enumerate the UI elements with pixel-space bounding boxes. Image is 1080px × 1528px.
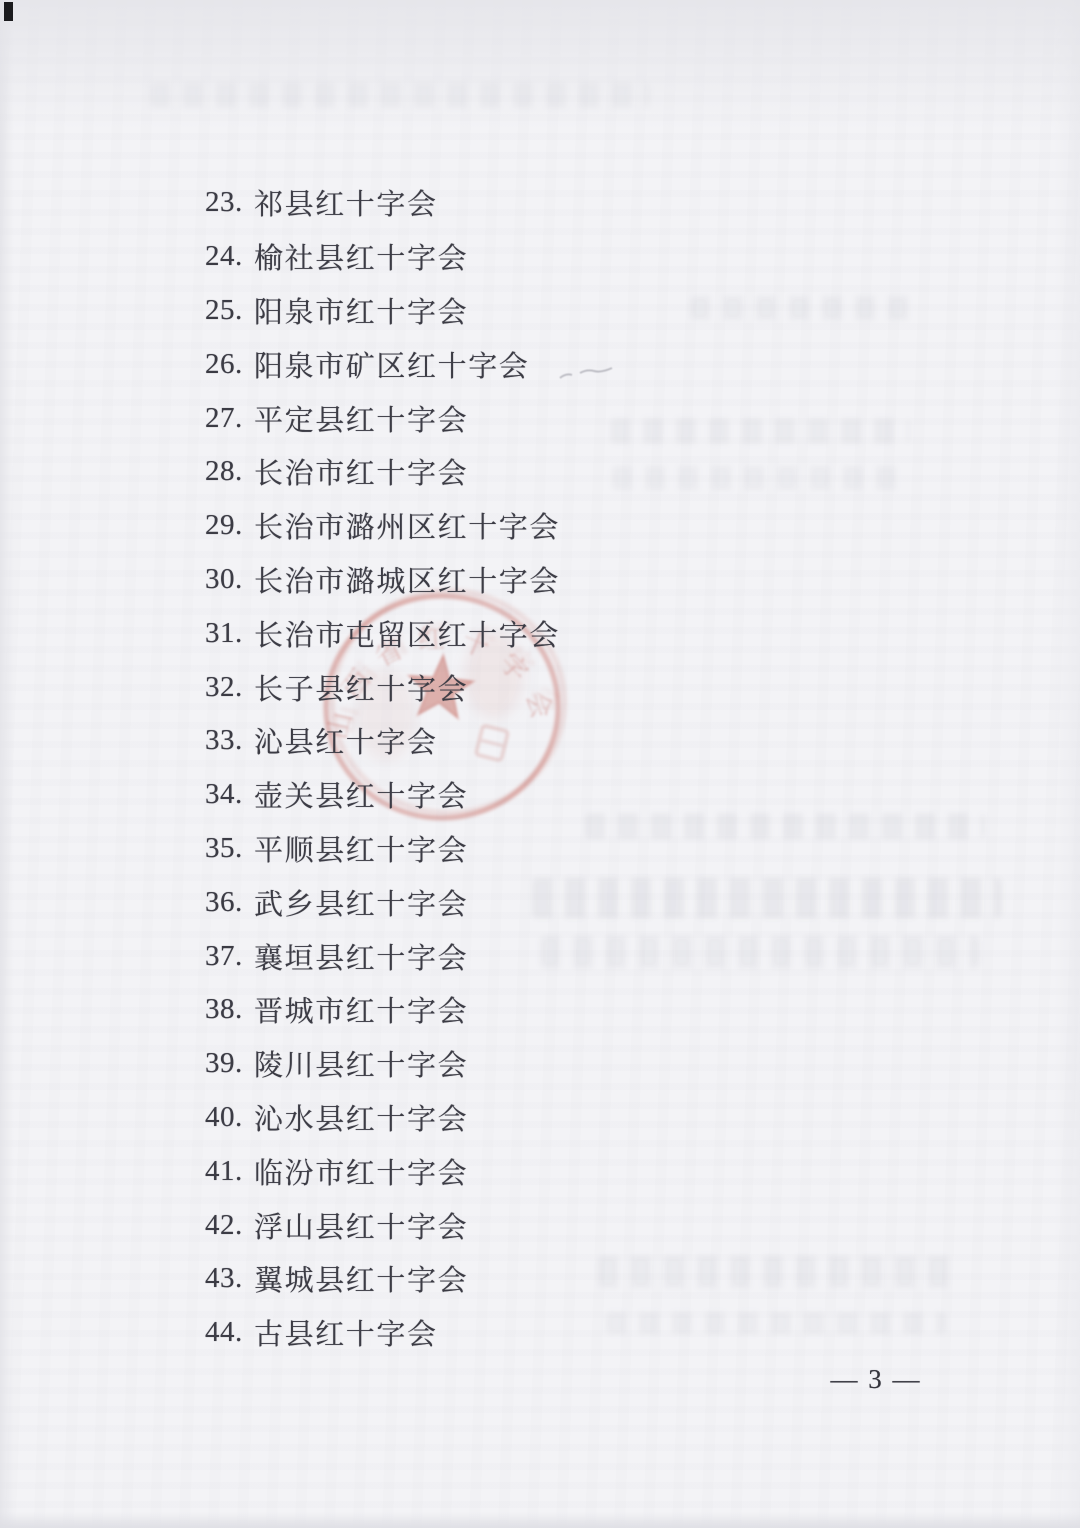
item-number: 33. — [205, 724, 254, 757]
bleedthrough-smudge — [540, 936, 980, 968]
bleedthrough-smudge — [532, 878, 1002, 918]
list-item: 32. 长子县红十字会 — [205, 660, 560, 714]
list-item: 24. 榆社县红十字会 — [205, 230, 560, 284]
item-number: 40. — [205, 1101, 254, 1134]
list-item: 31. 长治市屯留区红十字会 — [205, 606, 560, 660]
item-name: 榆社县红十字会 — [254, 236, 468, 277]
bleedthrough-smudge — [585, 813, 985, 839]
list-item: 36. 武乡县红十字会 — [205, 875, 560, 929]
red-cross-society-list: 23. 祁县红十字会 24. 榆社县红十字会 25. 阳泉市红十字会 26. 阳… — [205, 176, 560, 1360]
list-item: 29. 长治市潞州区红十字会 — [205, 499, 560, 553]
page-number: — 3 — — [806, 1364, 946, 1395]
bleedthrough-smudge — [690, 296, 910, 320]
item-name: 平定县红十字会 — [254, 398, 468, 439]
bleedthrough-smudge — [606, 1312, 946, 1334]
item-name: 襄垣县红十字会 — [254, 936, 468, 977]
item-name: 长治市屯留区红十字会 — [254, 613, 560, 654]
item-number: 28. — [205, 455, 254, 488]
item-number: 35. — [205, 832, 254, 865]
item-number: 29. — [205, 509, 254, 542]
scanned-document-page: 23. 祁县红十字会 24. 榆社县红十字会 25. 阳泉市红十字会 26. 阳… — [0, 0, 1080, 1528]
item-number: 27. — [205, 402, 254, 435]
item-number: 44. — [205, 1316, 254, 1349]
item-name: 祁县红十字会 — [254, 182, 438, 223]
item-name: 临汾市红十字会 — [254, 1151, 468, 1192]
list-item: 39. 陵川县红十字会 — [205, 1037, 560, 1091]
list-item: 34. 壶关县红十字会 — [205, 768, 560, 822]
list-item: 30. 长治市潞城区红十字会 — [205, 553, 560, 607]
list-item: 28. 长治市红十字会 — [205, 445, 560, 499]
list-item: 42. 浮山县红十字会 — [205, 1198, 560, 1252]
item-name: 阳泉市矿区红十字会 — [254, 344, 529, 385]
item-name: 古县红十字会 — [254, 1312, 438, 1353]
item-number: 31. — [205, 617, 254, 650]
bleedthrough-smudge — [598, 1256, 958, 1288]
scan-corner-mark — [4, 2, 13, 21]
item-name: 长治市潞州区红十字会 — [254, 505, 560, 546]
list-item: 44. 古县红十字会 — [205, 1306, 560, 1360]
item-number: 25. — [205, 294, 254, 327]
list-item: 38. 晋城市红十字会 — [205, 983, 560, 1037]
list-item: 27. 平定县红十字会 — [205, 391, 560, 445]
item-name: 浮山县红十字会 — [254, 1205, 468, 1246]
item-number: 39. — [205, 1047, 254, 1080]
list-item: 43. 翼城县红十字会 — [205, 1252, 560, 1306]
list-item: 41. 临汾市红十字会 — [205, 1144, 560, 1198]
item-number: 43. — [205, 1262, 254, 1295]
item-number: 41. — [205, 1155, 254, 1188]
list-item: 40. 沁水县红十字会 — [205, 1091, 560, 1145]
item-number: 34. — [205, 778, 254, 811]
list-item: 37. 襄垣县红十字会 — [205, 929, 560, 983]
item-name: 长治市红十字会 — [254, 451, 468, 492]
item-name: 沁县红十字会 — [254, 720, 438, 761]
item-name: 壶关县红十字会 — [254, 774, 468, 815]
item-name: 沁水县红十字会 — [254, 1097, 468, 1138]
item-name: 平顺县红十字会 — [254, 828, 468, 869]
list-item: 35. 平顺县红十字会 — [205, 822, 560, 876]
bleedthrough-smudge — [150, 82, 650, 108]
item-number: 23. — [205, 186, 254, 219]
list-item: 33. 沁县红十字会 — [205, 714, 560, 768]
item-number: 42. — [205, 1209, 254, 1242]
item-name: 武乡县红十字会 — [254, 882, 468, 923]
item-name: 长子县红十字会 — [254, 667, 468, 708]
item-number: 38. — [205, 993, 254, 1026]
bleedthrough-smudge — [610, 418, 910, 444]
item-name: 陵川县红十字会 — [254, 1043, 468, 1084]
item-number: 36. — [205, 886, 254, 919]
item-name: 长治市潞城区红十字会 — [254, 559, 560, 600]
list-item: 23. 祁县红十字会 — [205, 176, 560, 230]
item-name: 阳泉市红十字会 — [254, 290, 468, 331]
list-item: 25. 阳泉市红十字会 — [205, 284, 560, 338]
item-number: 24. — [205, 240, 254, 273]
item-number: 26. — [205, 348, 254, 381]
pen-smudge — [556, 356, 636, 388]
item-name: 晋城市红十字会 — [254, 989, 468, 1030]
list-item: 26. 阳泉市矿区红十字会 — [205, 337, 560, 391]
item-number: 30. — [205, 563, 254, 596]
item-name: 翼城县红十字会 — [254, 1258, 468, 1299]
bleedthrough-smudge — [612, 466, 902, 490]
item-number: 32. — [205, 671, 254, 704]
item-number: 37. — [205, 940, 254, 973]
